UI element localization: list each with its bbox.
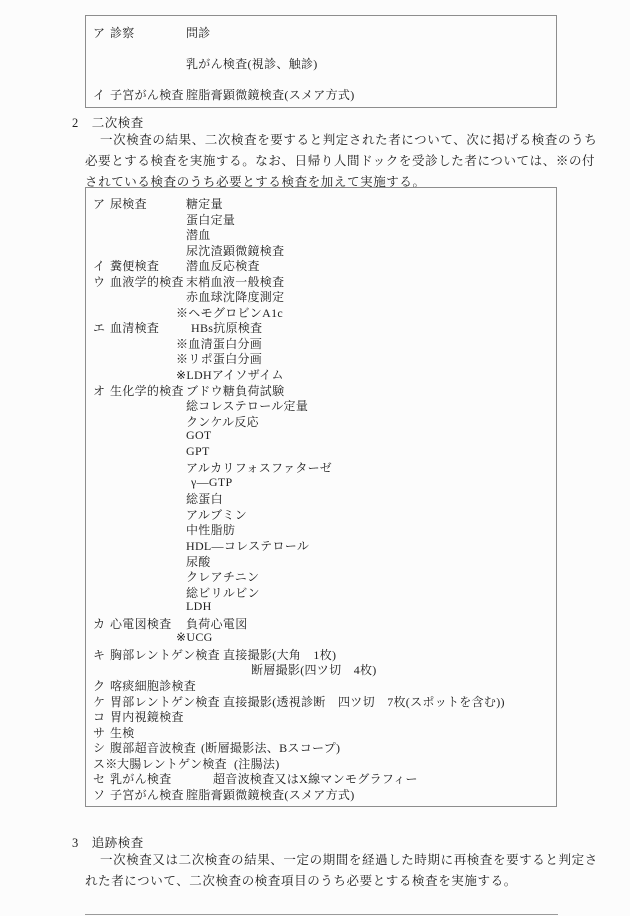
row-test-item: ※血清蛋白分画 (176, 335, 262, 352)
row-test-item: クレアチニン (186, 568, 259, 585)
exam-row-line: 乳がん検査(視診、触診) (86, 55, 556, 86)
row-test-item: 中性脂肪 (186, 521, 235, 538)
exam-row-line: アルカリフォスファターゼ (86, 459, 556, 475)
exam-row-line: ※血清蛋白分画 (86, 335, 556, 351)
row-category: 糞便検査 (110, 257, 159, 274)
exam-row-line: 中性脂肪 (86, 521, 556, 537)
row-test-item: アルブミン (186, 506, 247, 523)
exam-row-line: 潜血 (86, 226, 556, 242)
row-test-item: LDH (186, 599, 212, 614)
exam-row-line: サ生検 (86, 724, 556, 740)
exam-row-line: クレアチニン (86, 568, 556, 584)
exam-row-line: イ子宮がん検査腟脂膏顕微鏡検査(スメア方式) (86, 86, 556, 117)
row-kana-label: ケ (93, 693, 105, 710)
exam-row-line: γ―GTP (86, 475, 556, 491)
row-kana-label: サ (93, 724, 105, 741)
row-category: 血液学的検査 (110, 273, 184, 290)
exam-row-line: ス※大腸レントゲン検査(注腸法) (86, 755, 556, 771)
row-test-item: ブドウ糖負荷試験 (186, 382, 284, 399)
row-test-item: 尿沈渣顕微鏡検査 (186, 242, 284, 259)
exam-row-line: 総ビリルビン (86, 584, 556, 600)
exam-row-line: GPT (86, 444, 556, 460)
row-test-item: GPT (186, 444, 210, 459)
paragraph-line: れた者について、二次検査の検査項目のうち必要とする検査を実施する。 (85, 871, 585, 892)
row-kana-label: ア (93, 24, 105, 41)
row-test-item: 直接撮影(大角 1枚) (223, 646, 336, 663)
exam-row-line: セ乳がん検査超音波検査又はX線マンモグラフィー (86, 770, 556, 786)
row-category: 診察 (110, 24, 135, 41)
exam-row-line: アルブミン (86, 506, 556, 522)
row-kana-label: エ (93, 319, 105, 336)
row-kana-label: ウ (93, 273, 105, 290)
row-test-item: (断層撮影法、Bスコープ) (201, 739, 340, 756)
paragraph-line: 一次検査の結果、二次検査を要すると判定された者について、次に掲げる検査のうち (85, 130, 585, 151)
section-2-paragraph: 一次検査の結果、二次検査を要すると判定された者について、次に掲げる検査のうち 必… (85, 130, 585, 193)
row-category: 胃内視鏡検査 (110, 708, 184, 725)
row-category: 腹部超音波検査 (110, 739, 196, 756)
paragraph-line: 一次検査又は二次検査の結果、一定の期間を経過した時期に再検査を要すると判定さ (85, 850, 585, 871)
row-kana-label: セ (93, 770, 105, 787)
row-test-item: クンケル反応 (186, 413, 259, 430)
primary-checkup-box: ア診察問診乳がん検査(視診、触診)イ子宮がん検査腟脂膏顕微鏡検査(スメア方式) (85, 15, 557, 108)
row-test-item: 超音波検査又はX線マンモグラフィー (213, 770, 418, 787)
exam-row-line: ウ血液学的検査末梢血液一般検査 (86, 273, 556, 289)
exam-row-line: 断層撮影(四ツ切 4枚) (86, 661, 556, 677)
row-test-item: 赤血球沈降度測定 (186, 288, 284, 305)
row-test-item: 潜血反応検査 (186, 257, 260, 274)
exam-row-line: ア尿検査糖定量 (86, 195, 556, 211)
row-test-item: ※リポ蛋白分画 (176, 350, 262, 367)
row-test-item: (注腸法) (234, 755, 280, 772)
row-test-item: ※ヘモグロビンA1c (176, 304, 283, 321)
row-test-item: 総ビリルビン (186, 584, 260, 601)
row-kana-label: ア (93, 195, 105, 212)
section-3-heading: 3 追跡検査 (72, 833, 144, 851)
exam-row-line: ソ子宮がん検査腟脂膏顕微鏡検査(スメア方式) (86, 786, 556, 802)
exam-row-line: 総蛋白 (86, 490, 556, 506)
row-kana-label: カ (93, 615, 105, 632)
row-category: 胃部レントゲン検査 (110, 693, 220, 710)
row-test-item: アルカリフォスファターゼ (186, 459, 332, 476)
exam-row-line: GOT (86, 428, 556, 444)
section-3-paragraph: 一次検査又は二次検査の結果、一定の期間を経過した時期に再検査を要すると判定さ れ… (85, 850, 585, 892)
row-category: 血清検査 (110, 319, 159, 336)
row-test-item: ※UCG (176, 630, 213, 645)
row-kana-label: コ (93, 708, 105, 725)
row-category: 心電図検査 (110, 615, 172, 632)
exam-row-line: ※ヘモグロビンA1c (86, 304, 556, 320)
row-test-item: 問診 (186, 24, 211, 41)
exam-row-line: LDH (86, 599, 556, 615)
row-test-item: 直接撮影(透視診断 四ツ切 7枚(スポットを含む)) (223, 693, 505, 710)
exam-row-line: イ糞便検査潜血反応検査 (86, 257, 556, 273)
row-category: 尿検査 (110, 195, 147, 212)
secondary-checkup-box: ア尿検査糖定量蛋白定量潜血尿沈渣顕微鏡検査イ糞便検査潜血反応検査ウ血液学的検査末… (85, 187, 557, 807)
exam-row-line: ア診察問診 (86, 24, 556, 55)
row-kana-label: キ (93, 646, 105, 663)
exam-row-line: ※UCG (86, 630, 556, 646)
exam-row-line: 赤血球沈降度測定 (86, 288, 556, 304)
row-category: 乳がん検査 (110, 770, 172, 787)
row-category: 生検 (110, 724, 135, 741)
exam-row-line: ※リポ蛋白分画 (86, 350, 556, 366)
row-test-item: HBs抗原検査 (191, 319, 262, 336)
row-kana-label: シ (93, 739, 105, 756)
row-test-item: HDL―コレステロール (186, 537, 309, 554)
next-box-top-edge (85, 914, 558, 915)
row-test-item: 潜血 (186, 226, 211, 243)
exam-row-line: ク喀痰細胞診検査 (86, 677, 556, 693)
row-category: 子宮がん検査 (110, 86, 184, 103)
row-test-item: 乳がん検査(視診、触診) (186, 55, 318, 72)
document-page: ア診察問診乳がん検査(視診、触診)イ子宮がん検査腟脂膏顕微鏡検査(スメア方式) … (0, 0, 630, 916)
row-test-item: 末梢血液一般検査 (186, 273, 284, 290)
row-test-item: 総蛋白 (186, 490, 223, 507)
exam-row-line: エ血清検査HBs抗原検査 (86, 319, 556, 335)
exam-row-line: 蛋白定量 (86, 211, 556, 227)
row-test-item: ※LDHアイソザイム (176, 366, 284, 383)
exam-row-line: カ心電図検査負荷心電図 (86, 615, 556, 631)
row-category: 生化学的検査 (110, 382, 184, 399)
row-category: 大腸レントゲン検査 (117, 755, 227, 772)
row-kana-label: ス※ (93, 755, 118, 772)
row-test-item: 尿酸 (186, 553, 211, 570)
row-category: 喀痰細胞診検査 (110, 677, 196, 694)
exam-row-line: オ生化学的検査ブドウ糖負荷試験 (86, 382, 556, 398)
exam-row-line: 総コレステロール定量 (86, 397, 556, 413)
row-kana-label: ソ (93, 786, 105, 803)
exam-row-line: キ胸部レントゲン検査直接撮影(大角 1枚) (86, 646, 556, 662)
exam-row-line: 尿沈渣顕微鏡検査 (86, 242, 556, 258)
exam-row-line: ※LDHアイソザイム (86, 366, 556, 382)
exam-row-line: 尿酸 (86, 553, 556, 569)
row-test-item: 負荷心電図 (186, 615, 248, 632)
exam-row-line: HDL―コレステロール (86, 537, 556, 553)
row-category: 子宮がん検査 (110, 786, 184, 803)
row-kana-label: イ (93, 257, 105, 274)
row-test-item: 腟脂膏顕微鏡検査(スメア方式) (186, 86, 355, 103)
exam-row-line: シ腹部超音波検査(断層撮影法、Bスコープ) (86, 739, 556, 755)
exam-row-line: ケ胃部レントゲン検査直接撮影(透視診断 四ツ切 7枚(スポットを含む)) (86, 693, 556, 709)
row-test-item: 断層撮影(四ツ切 4枚) (251, 661, 377, 678)
row-test-item: 腟脂膏顕微鏡検査(スメア方式) (186, 786, 355, 803)
row-kana-label: オ (93, 382, 105, 399)
exam-row-line: コ胃内視鏡検査 (86, 708, 556, 724)
row-kana-label: イ (93, 86, 105, 103)
row-category: 胸部レントゲン検査 (110, 646, 220, 663)
row-test-item: 総コレステロール定量 (186, 397, 308, 414)
exam-row-line: クンケル反応 (86, 413, 556, 429)
row-test-item: 蛋白定量 (186, 211, 235, 228)
row-kana-label: ク (93, 677, 105, 694)
section-2-heading: 2 二次検査 (72, 113, 144, 131)
paragraph-line: 必要とする検査を実施する。なお、日帰り人間ドックを受診した者については、※の付 (85, 151, 585, 172)
row-test-item: γ―GTP (191, 475, 232, 490)
row-test-item: 糖定量 (186, 195, 223, 212)
row-test-item: GOT (186, 428, 212, 443)
